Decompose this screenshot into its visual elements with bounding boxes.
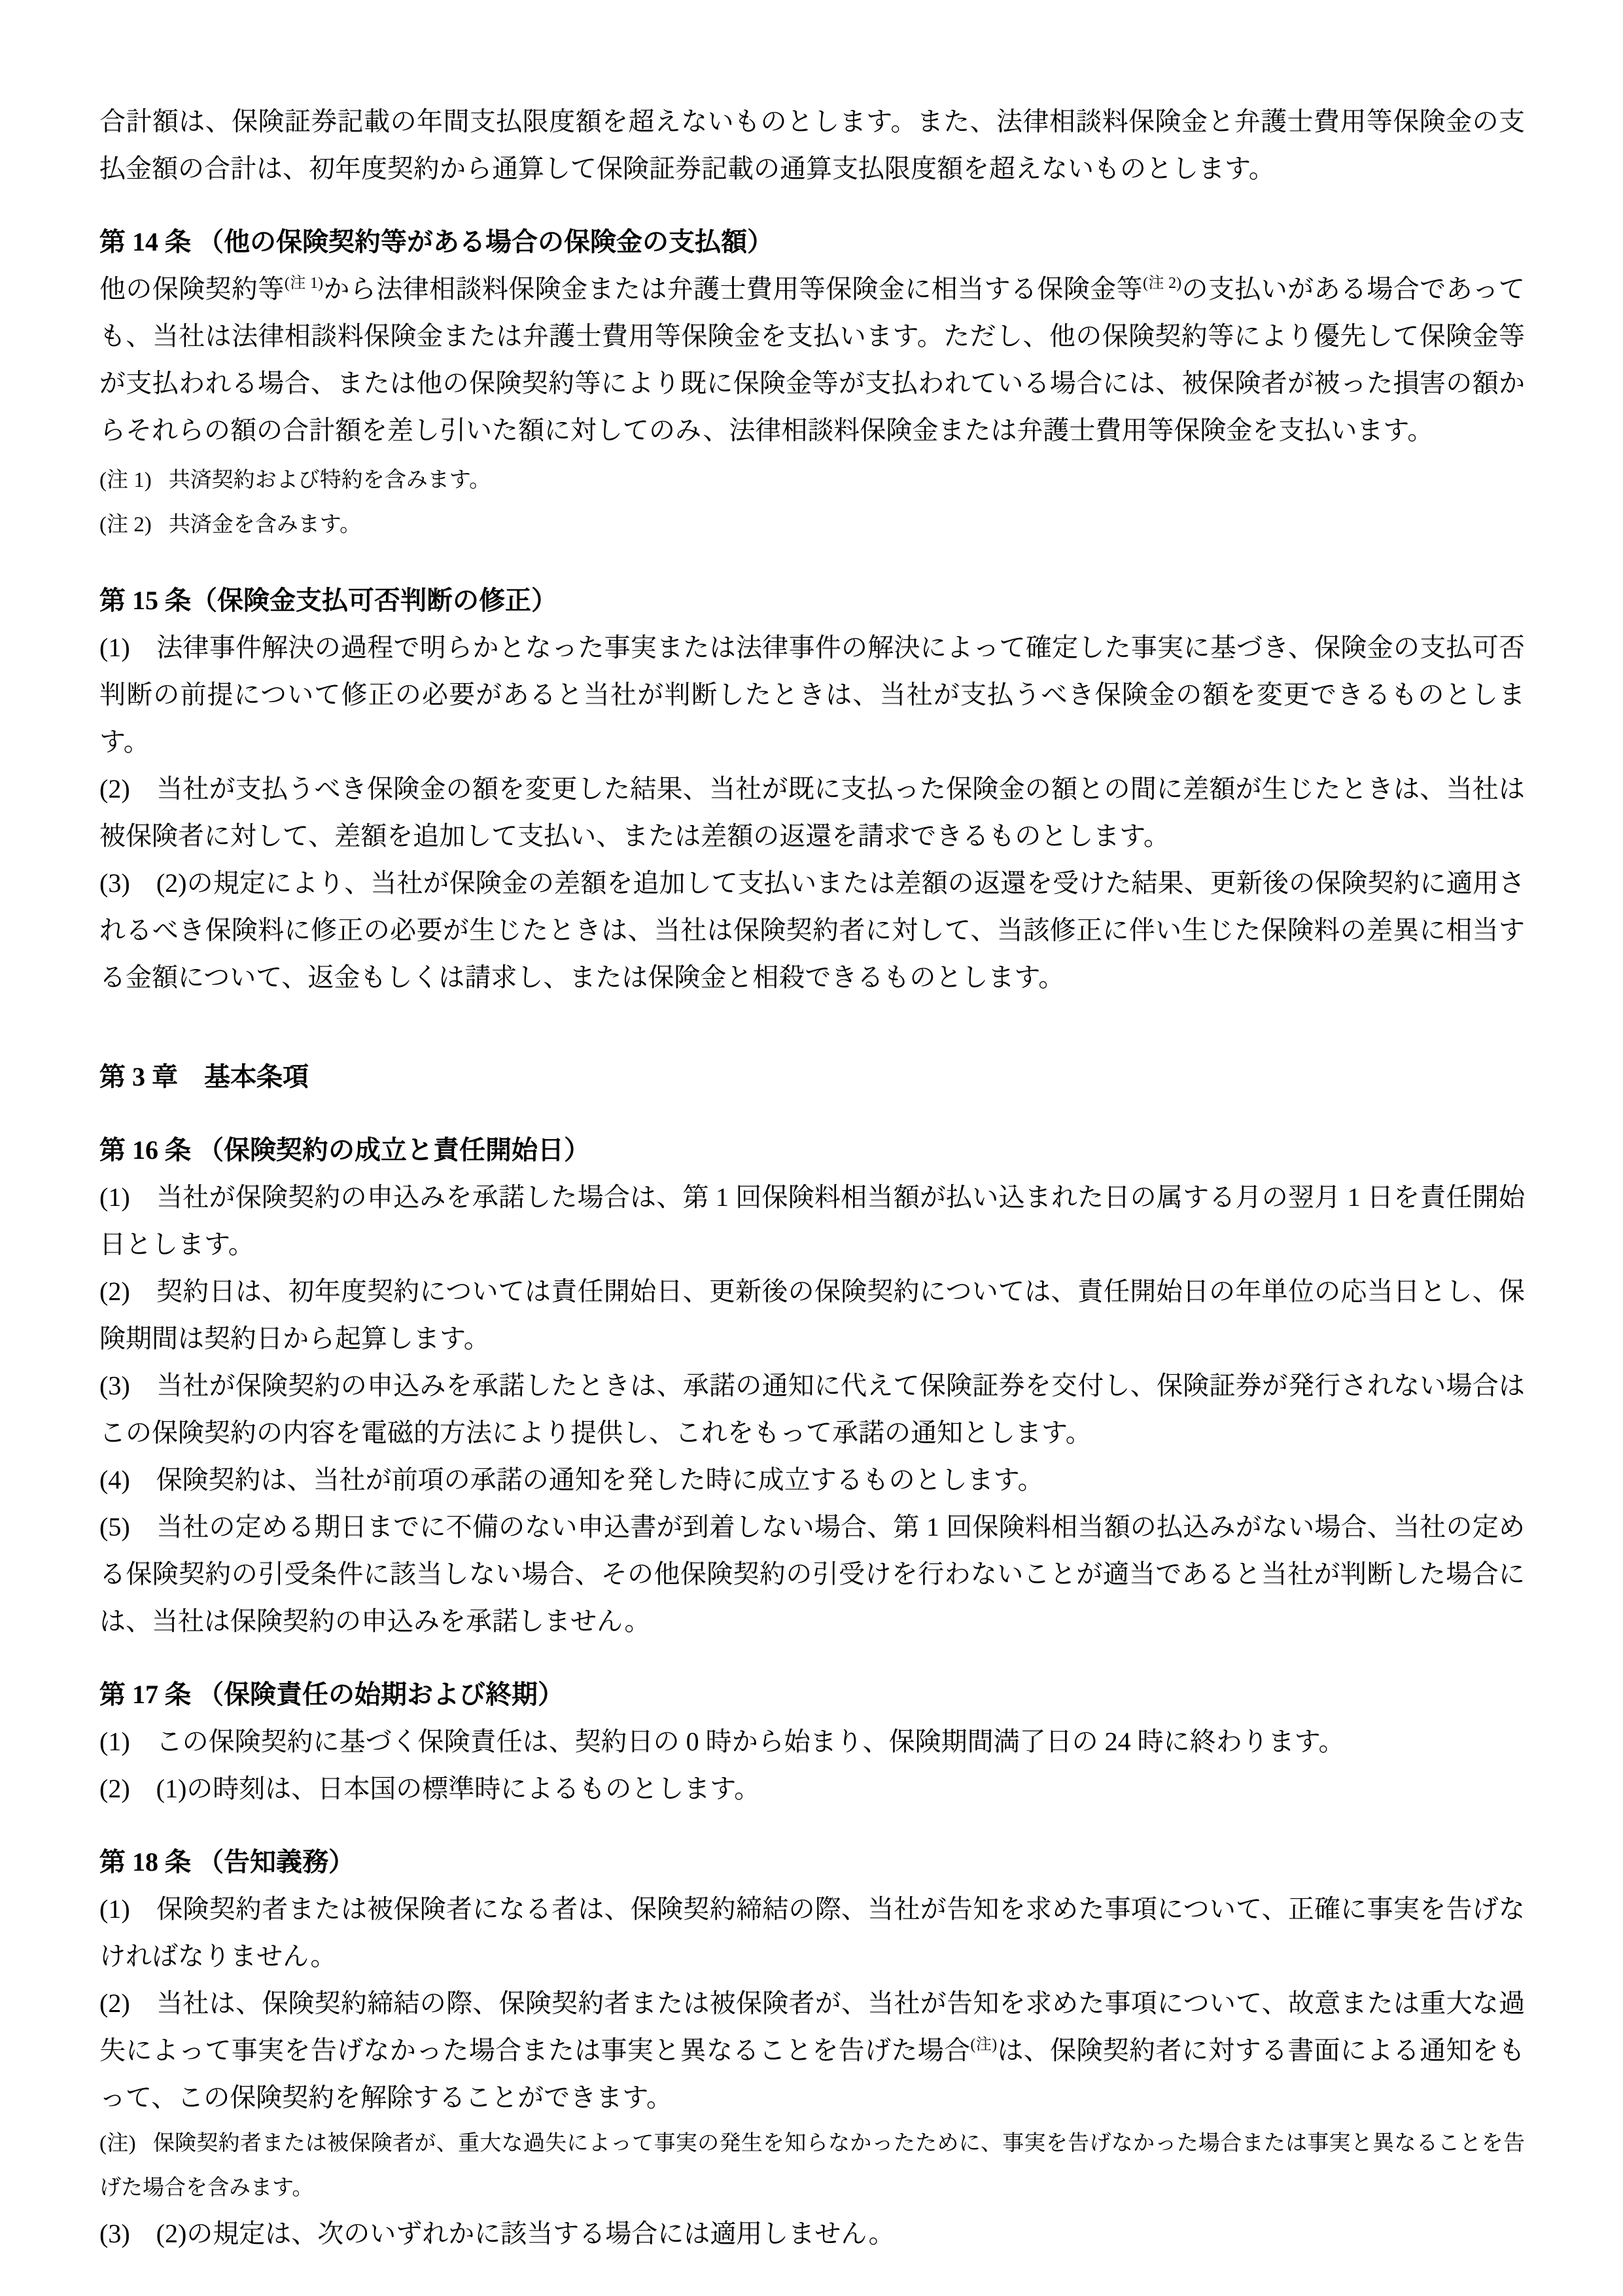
- note-2: (注 2)共済金を含みます。: [99, 503, 1525, 547]
- article-18-item-2: (2) 当社は、保険契約締結の際、保険契約者または被保険者が、当社が告知を求めた…: [99, 1980, 1525, 2121]
- article-17-item-1: (1) この保険契約に基づく保険責任は、契約日の 0 時から始まり、保険期間満了…: [99, 1718, 1525, 1765]
- note-2-label: (注 2): [99, 513, 152, 537]
- note-1-label: (注 1): [99, 468, 152, 492]
- article-14-notes: (注 1)共済契約および特約を含みます。 (注 2)共済金を含みます。: [99, 458, 1525, 547]
- article-14-heading: 第 14 条 （他の保険契約等がある場合の保険金の支払額）: [99, 219, 1525, 266]
- note-1-text: 共済契約および特約を含みます。: [169, 468, 491, 492]
- article-15-heading: 第 15 条（保険金支払可否判断の修正）: [99, 577, 1525, 624]
- intro-paragraph: 合計額は、保険証券記載の年間支払限度額を超えないものとします。また、法律相談料保…: [99, 98, 1525, 192]
- article-15-item-3: (3) (2)の規定により、当社が保険金の差額を追加して支払いまたは差額の返還を…: [99, 860, 1525, 1001]
- article-16-heading: 第 16 条 （保険契約の成立と責任開始日）: [99, 1127, 1525, 1174]
- note-ref-2: (注 2): [1143, 275, 1181, 292]
- article-18-note: (注)保険契約者または被保険者が、重大な過失によって事実の発生を知らなかったため…: [99, 2121, 1525, 2210]
- article-18-item-3: (3) (2)の規定は、次のいずれかに該当する場合には適用しません。: [99, 2210, 1525, 2257]
- note-2-text: 共済金を含みます。: [169, 513, 361, 537]
- article-16-item-5: (5) 当社の定める期日までに不備のない申込書が到着しない場合、第 1 回保険料…: [99, 1504, 1525, 1645]
- article-18-heading: 第 18 条 （告知義務）: [99, 1839, 1525, 1886]
- text-run: 他の保険契約等: [99, 274, 285, 304]
- document-page: 合計額は、保険証券記載の年間支払限度額を超えないものとします。また、法律相談料保…: [0, 0, 1623, 2296]
- text-run: から法律相談料保険金または弁護士費用等保険金に相当する保険金等: [323, 274, 1143, 304]
- article-16-item-1: (1) 当社が保険契約の申込みを承諾した場合は、第 1 回保険料相当額が払い込ま…: [99, 1174, 1525, 1268]
- note-ref: (注): [970, 2036, 997, 2053]
- article-16-item-2: (2) 契約日は、初年度契約については責任開始日、更新後の保険契約については、責…: [99, 1268, 1525, 1362]
- note-1: (注 1)共済契約および特約を含みます。: [99, 458, 1525, 503]
- note-ref-1: (注 1): [285, 275, 323, 292]
- article-16-item-4: (4) 保険契約は、当社が前項の承諾の通知を発した時に成立するものとします。: [99, 1457, 1525, 1504]
- article-17-heading: 第 17 条 （保険責任の始期および終期）: [99, 1671, 1525, 1718]
- article-15-item-1: (1) 法律事件解決の過程で明らかとなった事実または法律事件の解決によって確定し…: [99, 624, 1525, 766]
- article-15-item-2: (2) 当社が支払うべき保険金の額を変更した結果、当社が既に支払った保険金の額と…: [99, 766, 1525, 860]
- article-18-item-1: (1) 保険契約者または被保険者になる者は、保険契約締結の際、当社が告知を求めた…: [99, 1886, 1525, 1980]
- article-17-item-2: (2) (1)の時刻は、日本国の標準時によるものとします。: [99, 1765, 1525, 1812]
- chapter-3-heading: 第 3 章 基本条項: [99, 1053, 1525, 1101]
- article-14-body: 他の保険契約等(注 1)から法律相談料保険金または弁護士費用等保険金に相当する保…: [99, 266, 1525, 454]
- article-16-item-3: (3) 当社が保険契約の申込みを承諾したときは、承諾の通知に代えて保険証券を交付…: [99, 1362, 1525, 1457]
- article-18-note-text: 保険契約者または被保険者が、重大な過失によって事実の発生を知らなかったために、事…: [99, 2132, 1525, 2200]
- article-18-note-label: (注): [99, 2132, 136, 2155]
